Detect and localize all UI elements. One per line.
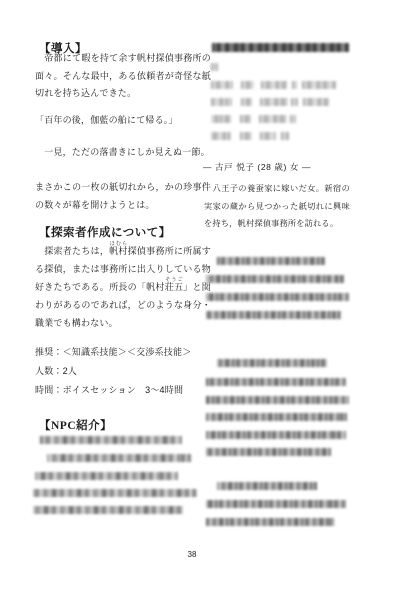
creation-heading: 【探索者作成について】 — [39, 224, 171, 240]
redacted-stat-segment — [292, 81, 297, 89]
redacted-text-line — [33, 506, 183, 514]
redacted-text-line — [47, 454, 191, 462]
ruby-base: 荘五 — [165, 282, 184, 292]
redacted-stat-segment — [291, 98, 298, 106]
redacted-stat-segment — [302, 81, 336, 89]
player-count: 人数：2人 — [35, 363, 215, 381]
intro-quote: 「百年の後，伽藍の船にて帰る。」 — [35, 112, 211, 130]
redacted-stat-segment — [241, 81, 254, 89]
page-number: 38 — [182, 550, 202, 559]
redacted-text-line — [217, 482, 317, 490]
redacted-stat-segment — [290, 115, 296, 123]
redacted-text-line — [217, 359, 327, 367]
redacted-text-line — [206, 518, 334, 526]
redacted-text-line — [206, 448, 331, 456]
redacted-text-line — [33, 489, 197, 497]
ruby-furigana: そうご — [165, 277, 183, 283]
redacted-stat-segment — [211, 115, 231, 123]
redacted-text-line — [206, 275, 344, 283]
creation-paragraph: 探索者たちは，帆村ほむら探偵事務所に所属する探偵，または事務所に出入りしている物… — [35, 241, 211, 332]
redacted-stat-segment — [211, 98, 232, 106]
npc-section-heading: 【NPC紹介】 — [39, 417, 112, 433]
redacted-text-line — [35, 472, 178, 480]
intro-paragraph: 帝都にて暇を持て余す帆村探偵事務所の面々。そんな最中，ある依頼者が奇怪な紙切れを… — [35, 50, 211, 103]
redacted-text-line — [206, 396, 349, 404]
session-time: 時間：ボイスセッション 3～4時間 — [35, 382, 215, 400]
intro-paragraph-2: 一見，ただの落書きにしか見えぬ一節。 — [35, 144, 211, 162]
ruby-furigana: ほむら — [109, 241, 127, 247]
redacted-stat-segment — [240, 115, 251, 123]
redacted-text-line — [206, 311, 341, 319]
redacted-text-line — [40, 436, 182, 444]
redacted-stat-segment — [281, 132, 289, 140]
npc-name-line: ― 古戸 悦子 (28 歳) 女 ― — [203, 161, 311, 173]
creation-text-segment: 探索者たちは， — [35, 246, 109, 256]
redacted-text-line — [211, 63, 218, 71]
redacted-text-line — [206, 413, 347, 421]
redacted-text-line — [206, 378, 346, 386]
redacted-stat-segment — [260, 98, 288, 106]
redacted-stat-segment — [211, 132, 231, 140]
redacted-stat-segment — [303, 98, 329, 106]
redacted-text-line — [206, 293, 349, 301]
redacted-stat-segment — [261, 81, 287, 89]
ruby-base: 帆村 — [109, 246, 128, 256]
redacted-stat-segment — [259, 115, 287, 123]
document-page: 【導入】 帝都にて暇を持て余す帆村探偵事務所の面々。そんな最中，ある依頼者が奇怪… — [0, 0, 419, 595]
ruby-sogo: 荘五そうご — [165, 282, 184, 292]
recommended-skills: 推奨：＜知識系技能＞＜交渉系技能＞ — [35, 344, 215, 362]
intro-paragraph-3: まさかこの一枚の紙切れから，かの珍事件の数々が幕を開けようとは。 — [35, 179, 211, 214]
ruby-homura: 帆村ほむら — [109, 246, 128, 256]
redacted-stat-segment — [211, 81, 233, 89]
redacted-stat-segment — [260, 132, 276, 140]
redacted-text-line — [217, 257, 325, 265]
redacted-stat-segment — [240, 132, 252, 140]
redacted-text-line — [206, 500, 346, 508]
redacted-stat-segment — [241, 98, 252, 106]
npc-description: 八王子の養蚕家に嫁いだ女。新宿の実家の蔵から見つかった紙切れに興味を持ち，帆村探… — [204, 180, 350, 233]
redacted-text-line — [206, 431, 346, 439]
redacted-text-line — [212, 43, 349, 52]
